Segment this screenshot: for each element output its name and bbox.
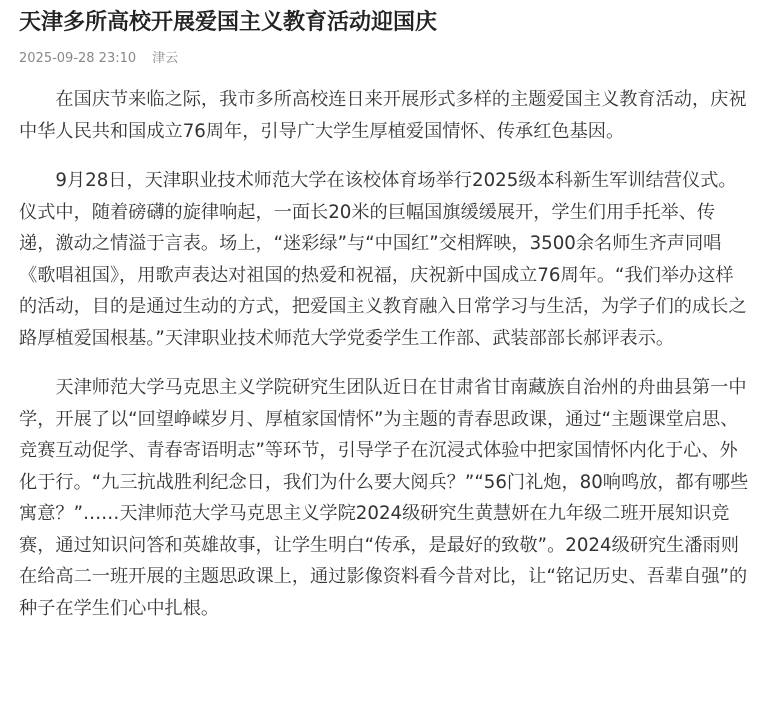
article: 天津多所高校开展爱国主义教育活动迎国庆 2025-09-28 23:10 津云 … — [0, 0, 758, 624]
article-paragraph: 天津师范大学马克思主义学院研究生团队近日在甘肃省甘南藏族自治州的舟曲县第一中学，… — [19, 372, 750, 624]
publish-date: 2025-09-28 23:10 — [19, 51, 136, 66]
article-source: 津云 — [152, 51, 178, 66]
article-paragraph: 在国庆节来临之际，我市多所高校连日来开展形式多样的主题爱国主义教育活动，庆祝中华… — [19, 84, 750, 147]
article-meta: 2025-09-28 23:10 津云 — [19, 50, 750, 68]
article-title: 天津多所高校开展爱国主义教育活动迎国庆 — [19, 0, 750, 38]
article-paragraph: 9月28日，天津职业技术师范大学在该校体育场举行2025级本科新生军训结营仪式。… — [19, 165, 750, 354]
